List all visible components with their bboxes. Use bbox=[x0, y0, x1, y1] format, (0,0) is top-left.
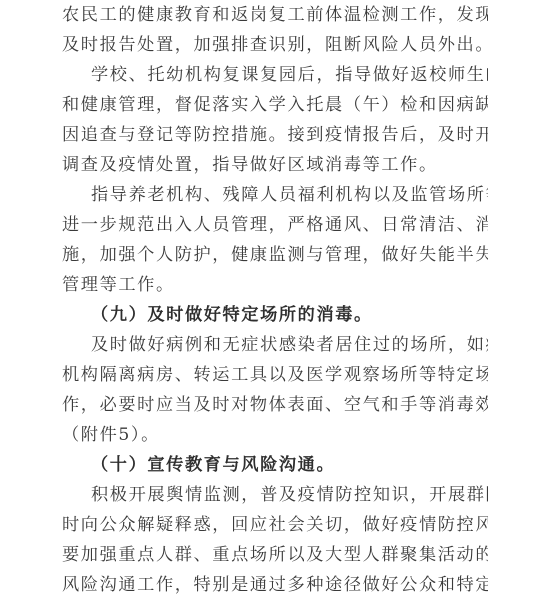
section-heading-10: （十）宣传教育与风险沟通。 bbox=[91, 450, 488, 480]
text-line: 要加强重点人群、重点场所以及大型人群聚集活动的健康教育和 bbox=[62, 540, 488, 570]
text-line: 及时做好病例和无症状感染者居住过的场所，如病家、医疗 bbox=[91, 330, 488, 360]
text-line: 指导养老机构、残障人员福利机构以及监管场所等特殊机构 bbox=[91, 180, 488, 210]
text-line: （附件5）。 bbox=[62, 420, 488, 450]
text-line: 及时报告处置，加强排查识别，阻断风险人员外出。 bbox=[62, 30, 488, 60]
text-line: 因追查与登记等防控措施。接到疫情报告后，及时开展流行病学 bbox=[62, 120, 488, 150]
text-line: 管理等工作。 bbox=[62, 270, 488, 300]
text-line: 机构隔离病房、转运工具以及医学观察场所等特定场所的消毒工 bbox=[62, 360, 488, 390]
text-line: 学校、托幼机构复课复园后，指导做好返校师生的健康提示 bbox=[91, 60, 488, 90]
document-page: 农民工的健康教育和返岗复工前体温检测工作，发现异常情况， 及时报告处置，加强排查… bbox=[0, 0, 550, 601]
section-heading-9: （九）及时做好特定场所的消毒。 bbox=[91, 300, 488, 330]
text-line: 农民工的健康教育和返岗复工前体温检测工作，发现异常情况， bbox=[62, 0, 488, 30]
text-line: 进一步规范出入人员管理，严格通风、日常清洁、消毒等卫生措 bbox=[62, 210, 488, 240]
text-line: 和健康管理，督促落实入学入托晨（午）检和因病缺课（勤）病 bbox=[62, 90, 488, 120]
text-line: 调查及疫情处置，指导做好区域消毒等工作。 bbox=[62, 150, 488, 180]
text-line: 时向公众解疑释惑，回应社会关切，做好疫情防控风险沟通工作。 bbox=[62, 510, 488, 540]
text-line: 风险沟通工作，特别是通过多种途径做好公众和特定人群个人防 bbox=[62, 570, 488, 600]
text-line: 施，加强个人防护，健康监测与管理，做好失能半失能人群日常 bbox=[62, 240, 488, 270]
text-line: 作，必要时应当及时对物体表面、空气和手等消毒效果进行评价 bbox=[62, 390, 488, 420]
text-line: 积极开展舆情监测，普及疫情防控知识，开展群防群控，及 bbox=[91, 480, 488, 510]
